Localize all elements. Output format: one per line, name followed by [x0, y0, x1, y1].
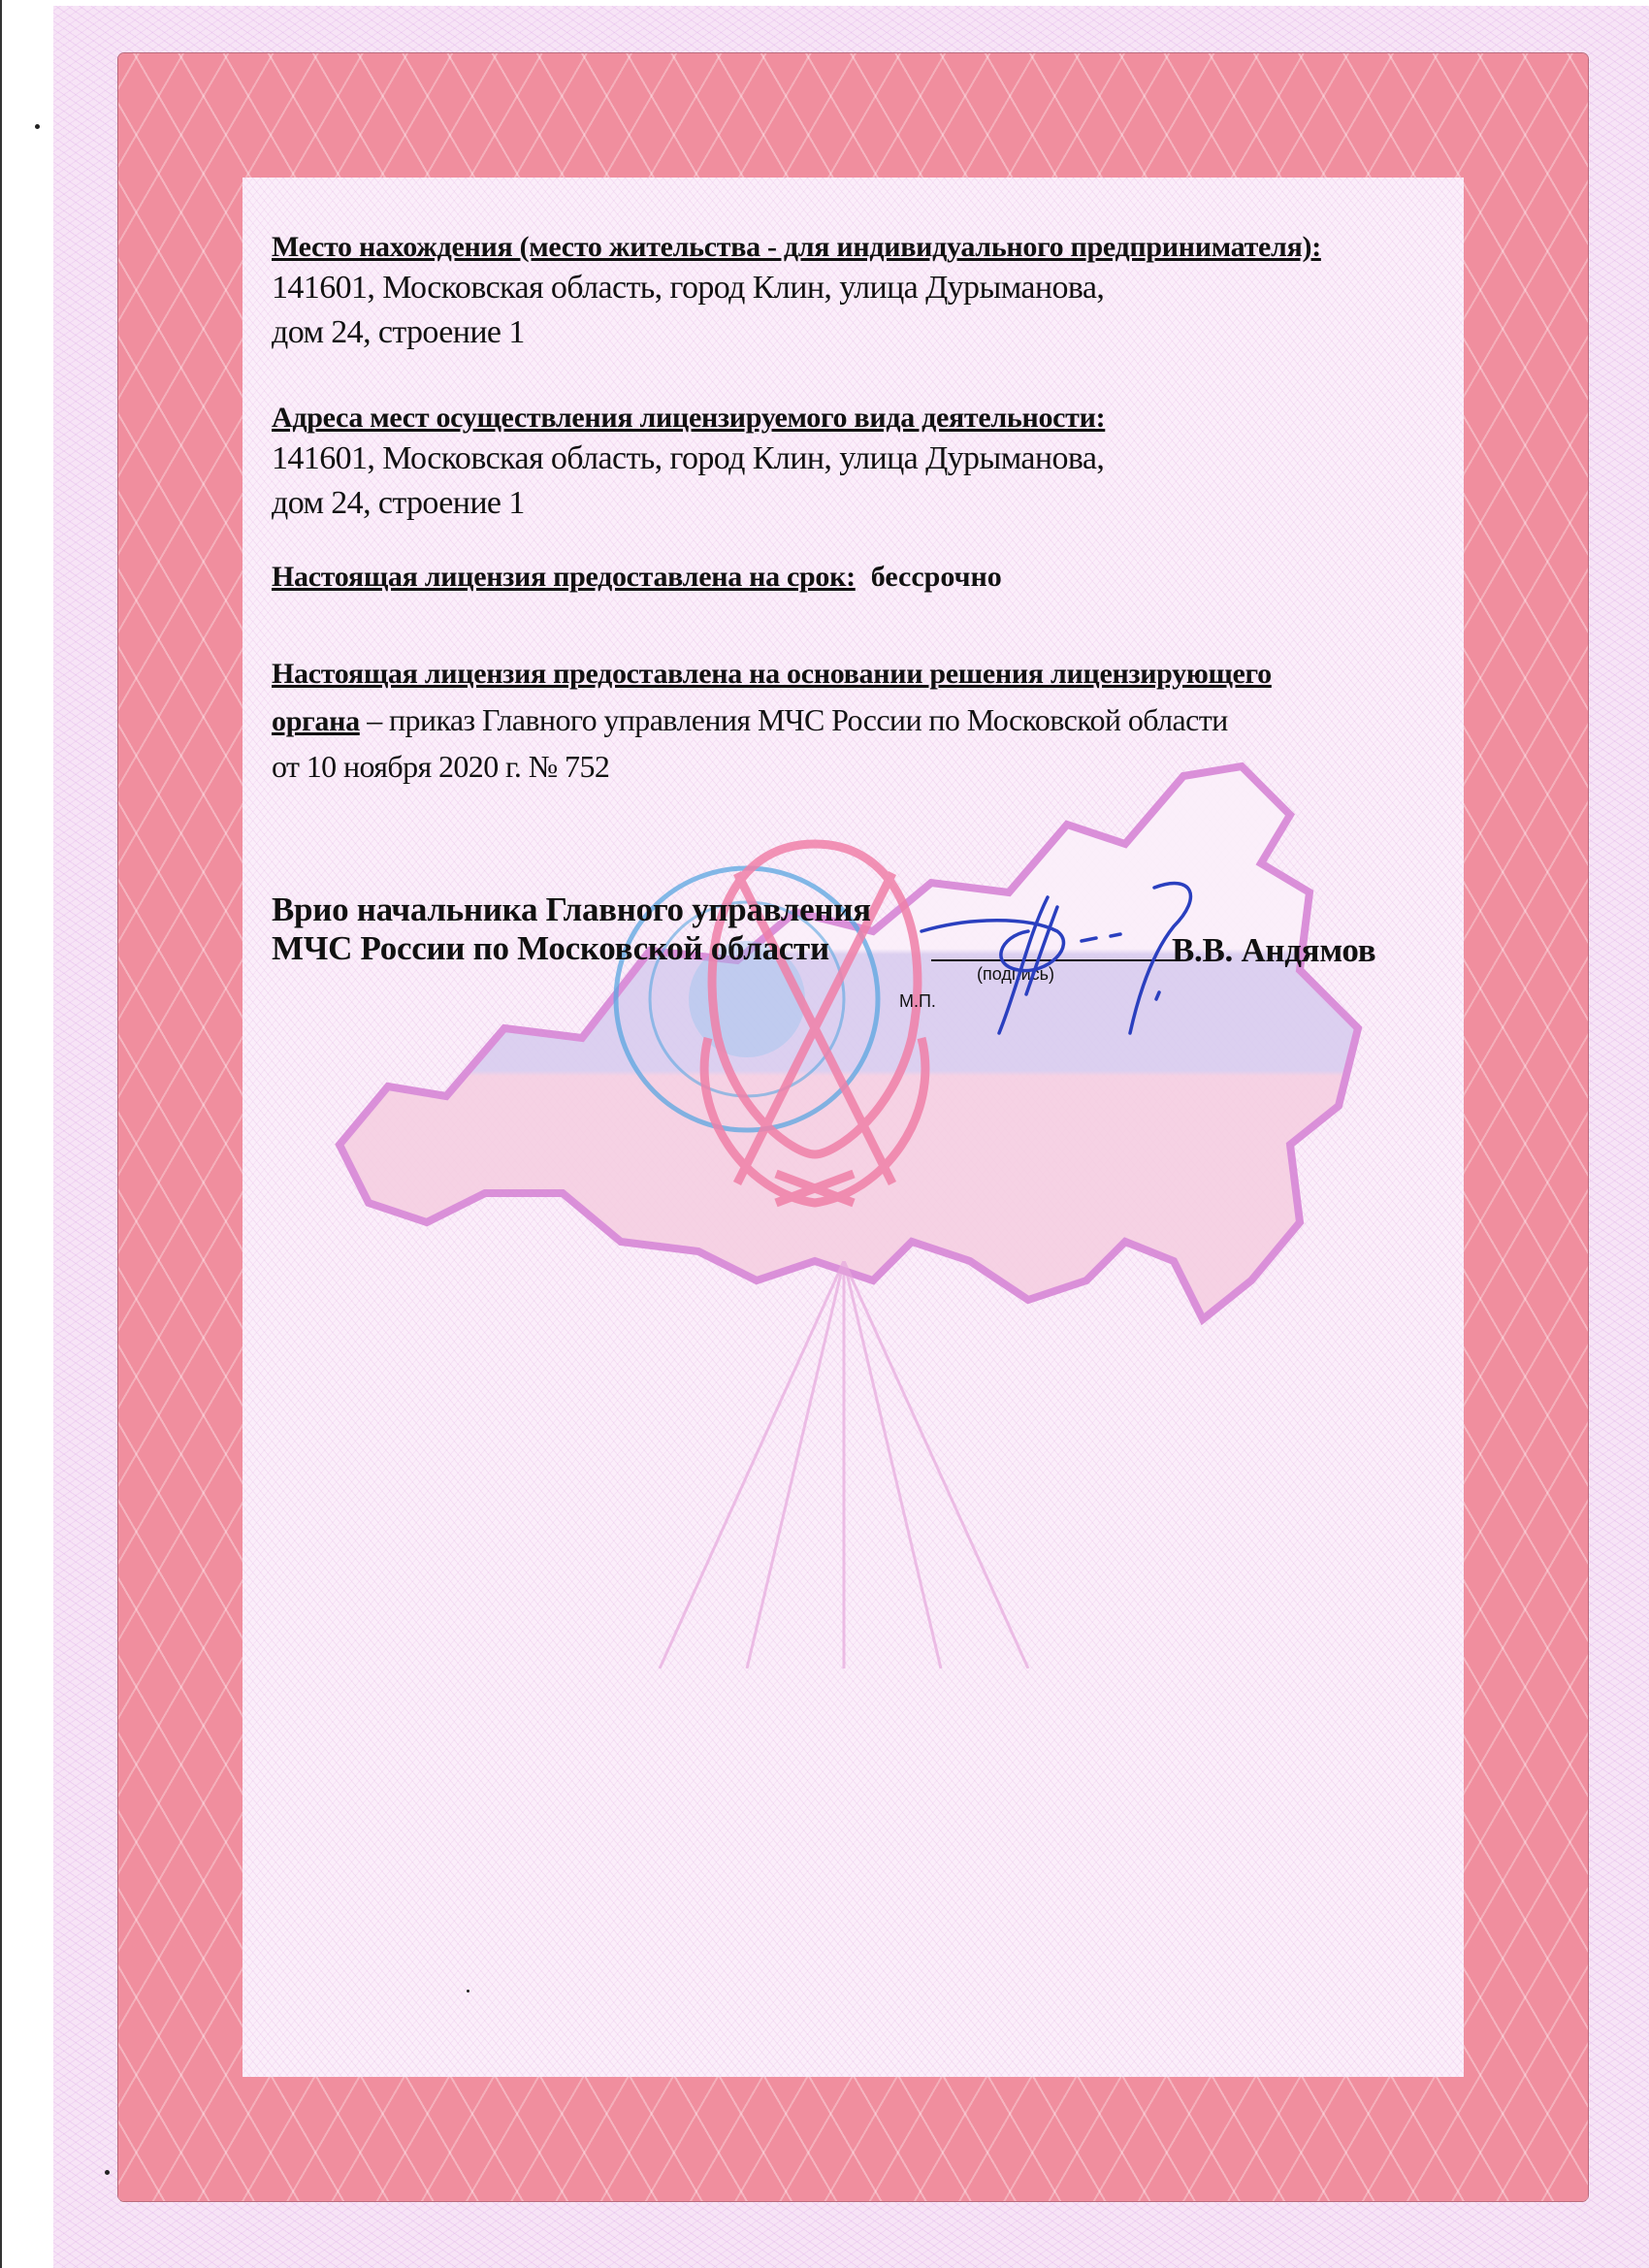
- scan-edge: [0, 0, 2, 2268]
- basis-line-2: органа – приказ Главного управления МЧС …: [272, 702, 1228, 738]
- signatory-title-line-2: МЧС России по Московской области: [272, 929, 829, 968]
- activity-address-line-1: 141601, Московская область, город Клин, …: [272, 440, 1104, 477]
- location-line-2: дом 24, строение 1: [272, 314, 525, 351]
- activity-address-line-2: дом 24, строение 1: [272, 485, 525, 522]
- decorative-rays: [601, 1261, 1086, 1669]
- location-heading: Место нахождения (место жительства - для…: [272, 231, 1321, 264]
- basis-heading-line-1: Настоящая лицензия предоставлена на осно…: [272, 658, 1272, 691]
- scan-speck: [467, 1990, 469, 1993]
- signatory-title-line-1: Врио начальника Главного управления: [272, 891, 871, 929]
- term-row: Настоящая лицензия предоставлена на срок…: [272, 561, 1002, 594]
- basis-order-date: от 10 ноября 2020 г. № 752: [272, 749, 609, 785]
- term-heading: Настоящая лицензия предоставлена на срок…: [272, 561, 856, 593]
- handwritten-signature-icon: [912, 878, 1222, 1043]
- activity-addresses-heading: Адреса мест осуществления лицензируемого…: [272, 402, 1105, 435]
- scan-speck: [35, 124, 40, 129]
- basis-order-text: – приказ Главного управления МЧС России …: [360, 702, 1228, 737]
- scan-speck: [105, 2170, 110, 2175]
- location-line-1: 141601, Московская область, город Клин, …: [272, 270, 1104, 307]
- term-value: бессрочно: [871, 561, 1002, 593]
- basis-heading-line-2: органа: [272, 705, 360, 737]
